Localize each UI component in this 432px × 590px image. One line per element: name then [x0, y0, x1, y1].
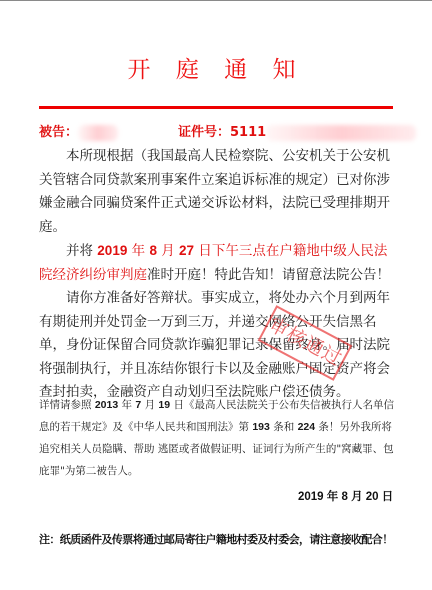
ref-text: 条和: [270, 421, 298, 433]
ref-article-1: 193: [252, 421, 270, 433]
paragraph-legal-basis: 本所现根据（我国最高人民检察院、公安机关于公安机关管辖合同贷款案刑事案件立案追诉…: [39, 145, 395, 239]
page-title: 开 庭 通 知: [0, 55, 432, 85]
hearing-year: 2019: [97, 243, 127, 258]
ref-text: 年: [118, 399, 135, 411]
id-number-field: 证件号：5111: [178, 123, 416, 143]
hearing-month-unit: 月: [157, 243, 179, 259]
reference-paragraph: 详情请参照 2013 年 7 月 19 日《最高人民法院关于公布失信被执行人名单…: [39, 394, 395, 482]
hearing-suffix: 准时开庭！特此告知！请留意法院公告！: [147, 267, 390, 283]
redacted-id-number: [266, 125, 416, 141]
notice-page: 开 庭 通 知 被告： 证件号：5111 本所现根据（我国最高人民检察院、公安机…: [0, 1, 432, 590]
hearing-day: 27: [179, 243, 194, 258]
redacted-defendant-name: [78, 125, 118, 141]
title-divider: [39, 106, 393, 109]
id-label: 证件号：: [178, 125, 230, 140]
footer-note: 注：纸质函件及传票将通过邮局寄往户籍地村委及村委会，请注意接收配合！: [39, 531, 399, 547]
ref-text: 详情请参照: [39, 399, 95, 411]
hearing-year-unit: 年: [127, 243, 149, 259]
ref-text: 月: [141, 399, 158, 411]
hearing-prefix: 并将: [66, 243, 97, 259]
id-number-visible: 5111: [230, 125, 266, 140]
hearing-month: 8: [149, 243, 157, 258]
defendant-label: 被告：: [39, 125, 78, 140]
paragraph-hearing-date: 并将 2019 年 8 月 27 日下午三点在户籍地中级人民法院经济纠纷审判庭准…: [39, 239, 395, 287]
issue-date: 2019 年 8 月 20 日: [298, 488, 393, 504]
ref-year: 2013: [95, 399, 118, 411]
defendant-field: 被告：: [39, 123, 118, 143]
ref-day: 19: [158, 399, 170, 411]
ref-article-2: 224: [298, 421, 316, 433]
